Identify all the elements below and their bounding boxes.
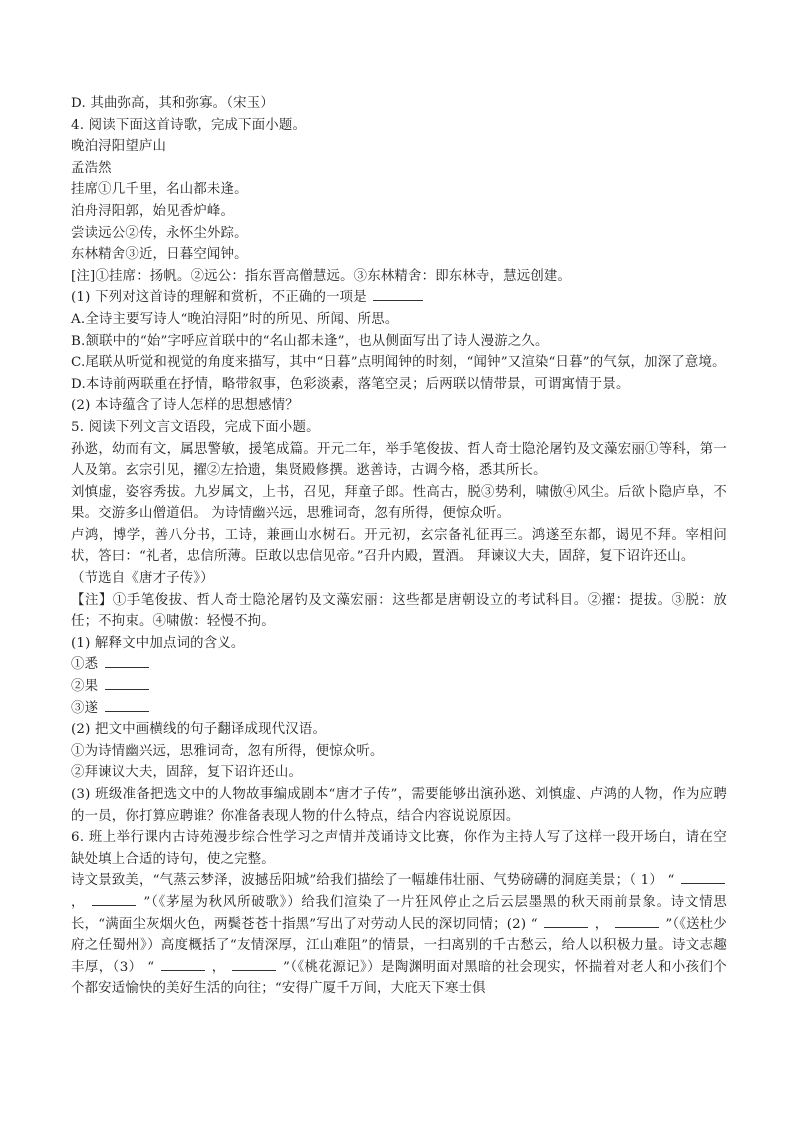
option-c: C.尾联从听觉和视觉的角度来描写，其中“日暮”点明闻钟的时刻，“闻钟”又渲染“日… [71,352,727,374]
option-a: A.全诗主要写诗人“晚泊浔阳”时的所见、所闻、所思。 [71,309,727,331]
poem-line-3: 尝读远公②传，永怀尘外踪。 [71,223,727,245]
question-4-1-prompt: (1) 下列对这首诗的理解和赏析，不正确的一项是 [71,290,367,305]
word-label: ①悉 [71,657,98,672]
word-item-2: ②果 [71,676,727,698]
document-page: D. 其曲弥高，其和弥寡。（宋玉） 4. 阅读下面这首诗歌，完成下面小题。 晚泊… [71,93,727,1000]
answer-blank-1b[interactable] [92,893,136,906]
answer-blank-1a[interactable] [681,871,725,884]
answer-blank-3b[interactable] [232,958,276,971]
word-item-3: ③遂 [71,698,727,720]
option-d: D.本诗前两联重在抒情，略带叙事，色彩淡素，落笔空灵；后两联以情带景，可谓寓情于… [71,374,727,396]
word-item-1: ①悉 [71,654,727,676]
passage-notes: 【注】①手笔俊拔、哲人奇士隐沦屠钓及文藻宏丽：这些都是唐朝设立的考试科目。②擢：… [71,590,727,633]
poem-title: 晚泊浔阳望庐山 [71,136,727,158]
question-4-1: (1) 下列对这首诗的理解和赏析，不正确的一项是 [71,287,727,309]
question-5-2: (2) 把文中画横线的句子翻译成现代汉语。 [71,719,727,741]
question-5-1: (1) 解释文中加点词的含义。 [71,633,727,655]
answer-blank[interactable] [105,677,149,690]
poem-line-2: 泊舟浔阳郭，始见香炉峰。 [71,201,727,223]
answer-blank[interactable] [105,655,149,668]
passage-sun-ti: 孙逖，幼而有文，属思警敏，援笔成篇。开元二年，举手笔俊拔、哲人奇士隐沦屠钓及文藻… [71,439,727,482]
passage-liu-shenxu: 刘慎虚，姿容秀拔。九岁属文，上书，召见，拜童子郎。性高古，脱③势利，啸傲④风尘。… [71,482,727,525]
question-5-title: 5. 阅读下列文言文语段，完成下面小题。 [71,417,727,439]
question-5-3: (3) 班级准备把选文中的人物故事编成剧本“唐才子传”，需要能够出演孙逖、刘慎虚… [71,784,727,827]
q6-text-1: 诗文景致美，“气蒸云梦泽，波撼岳阳城”给我们描绘了一幅雄伟壮丽、气势磅礴的洞庭美… [71,873,675,888]
option-b: B.颔联中的“始”字呼应首联中的“名山都未逢”，也从侧面写出了诗人漫游之久。 [71,331,727,353]
passage-source: （节选自《唐才子传》） [71,568,727,590]
separator: ， [71,895,85,910]
question-6-title: 6. 班上举行课内古诗苑漫步综合性学习之声情并茂诵诗文比赛，你作为主持人写了这样… [71,827,727,870]
answer-blank-2a[interactable] [544,915,588,928]
translate-item-1: ①为诗情幽兴远，思雅词奇，忽有所得，便惊众听。 [71,741,727,763]
question-4-title: 4. 阅读下面这首诗歌，完成下面小题。 [71,115,727,137]
answer-blank[interactable] [373,288,423,301]
passage-lu-hong: 卢鸿，博学，善八分书，工诗，兼画山水树石。开元初，玄宗备礼征再三。鸿遂至东都，谒… [71,525,727,568]
answer-blank-2b[interactable] [615,915,659,928]
separator: ， [595,917,609,932]
poem-author: 孟浩然 [71,158,727,180]
word-label: ③遂 [71,701,98,716]
translate-item-2: ②拜谏议大夫，固辞，复下诏许还山。 [71,762,727,784]
question-4-2: (2) 本诗蕴含了诗人怎样的思想感情？ [71,395,727,417]
answer-blank-3a[interactable] [161,958,205,971]
poem-notes: [注]①挂席：扬帆。②远公：指东晋高僧慧远。③东林精舍：即东林寺，慧远创建。 [71,266,727,288]
word-label: ②果 [71,679,98,694]
option-d-previous: D. 其曲弥高，其和弥寡。（宋玉） [71,93,727,115]
question-6-body: 诗文景致美，“气蒸云梦泽，波撼岳阳城”给我们描绘了一幅雄伟壮丽、气势磅礴的洞庭美… [71,870,727,1000]
answer-blank[interactable] [105,699,149,712]
poem-line-4: 东林精舍③近，日暮空闻钟。 [71,244,727,266]
poem-line-1: 挂席①几千里，名山都未逢。 [71,179,727,201]
separator: ， [212,960,226,975]
